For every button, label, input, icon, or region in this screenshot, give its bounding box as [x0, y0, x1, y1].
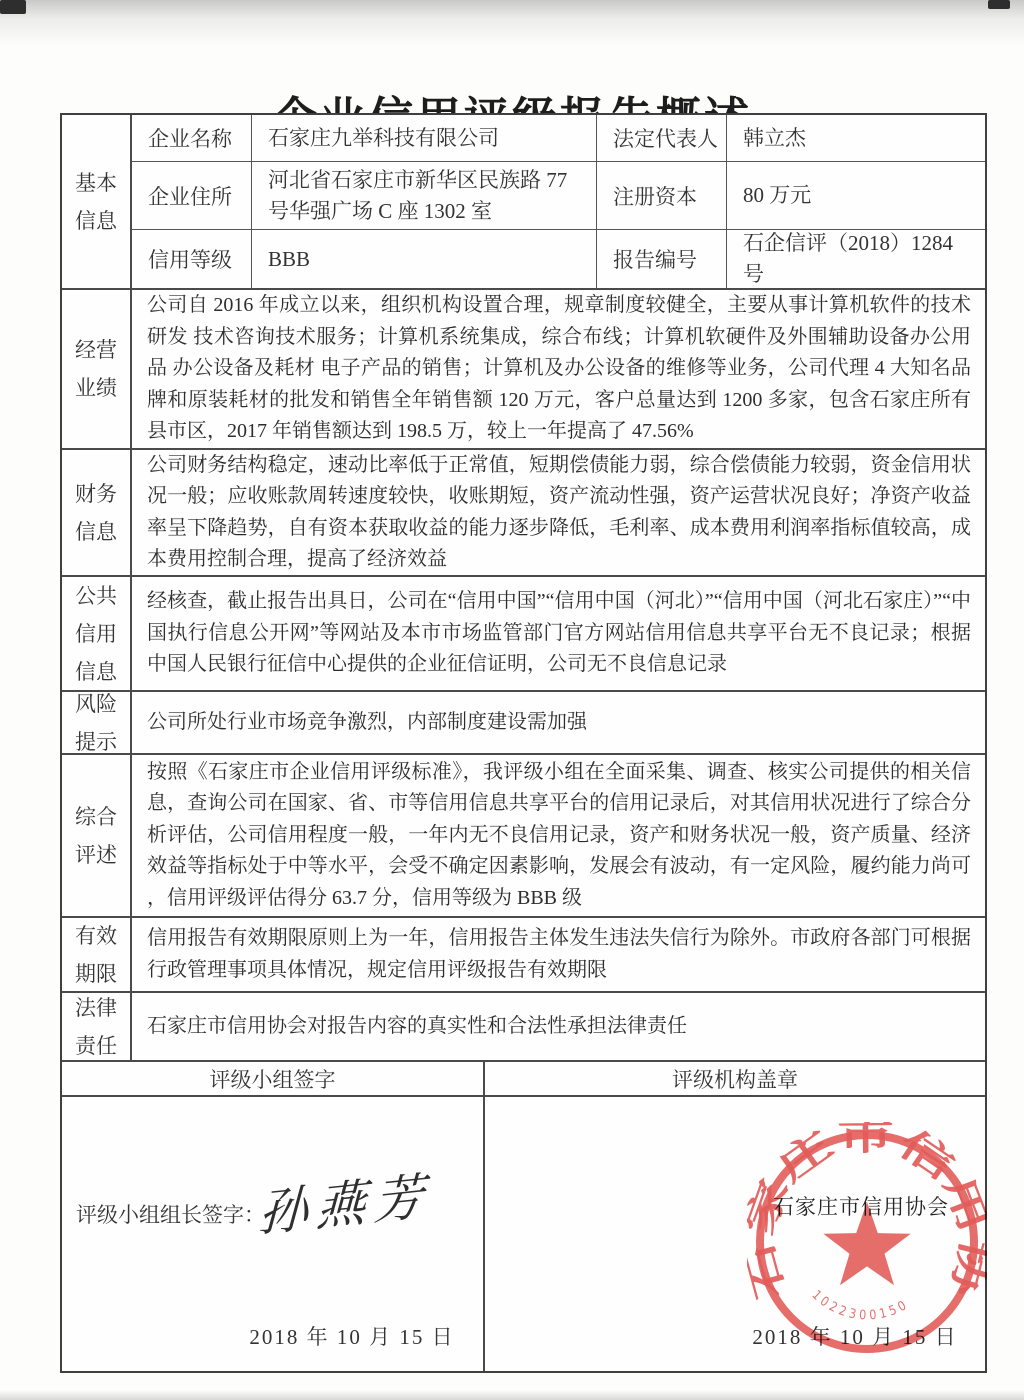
section-text-financial-info: 公司财务结构稳定，速动比率低于正常值，短期偿债能力弱，综合偿债能力较弱，资金信用…	[132, 450, 985, 575]
scan-artifact-top-right	[988, 0, 1010, 9]
field-label-company-address: 企业住所	[132, 162, 252, 229]
section-text-risk-warning: 公司所处行业市场竞争激烈，内部制度建设需加强	[132, 692, 985, 753]
section-text-legal-responsibility: 石家庄市信用协会对报告内容的真实性和合法性承担法律责任	[132, 993, 985, 1060]
section-row-public-credit-info: 公共信用信息 经核查，截止报告出具日，公司在“信用中国”“信用中国（河北）”“信…	[62, 577, 985, 692]
section-label-financial-info: 财务信息	[62, 450, 132, 575]
seal-cell: 石家庄市信用协会 2018 年 10 月 15 日 石家庄市信用协会 1 0 2…	[485, 1097, 985, 1371]
section-row-legal-responsibility: 法律责任 石家庄市信用协会对报告内容的真实性和合法性承担法律责任	[62, 993, 985, 1062]
field-value-credit-rating: BBB	[252, 230, 597, 288]
scanned-credit-report-page: { "title": "企业信用评级报告概述", "basic": { "sec…	[0, 0, 1024, 1400]
field-label-report-number: 报告编号	[597, 230, 727, 288]
section-label-public-credit-info: 公共信用信息	[62, 577, 132, 690]
section-text-business-performance: 公司自 2016 年成立以来，组织机构设置合理，规章制度较健全，主要从事计算机软…	[132, 290, 985, 448]
red-official-seal: 石家庄市信用协会 1 0 2 2 3 0 0 1 5 0	[747, 1122, 987, 1362]
field-label-registered-capital: 注册资本	[597, 162, 727, 229]
field-value-registered-capital: 80 万元	[727, 162, 985, 229]
basic-info-section: 基本信息 企业名称 石家庄九举科技有限公司 法定代表人 韩立杰 企业住所 河北省…	[62, 115, 985, 290]
scan-artifact-top-left	[0, 0, 26, 14]
footer-body-row: 评级小组组长签字： 孙燕芳 2018 年 10 月 15 日 石家庄市信用协会 …	[62, 1097, 985, 1371]
section-label-risk-warning: 风险提示	[62, 692, 132, 753]
field-value-company-name: 石家庄九举科技有限公司	[252, 115, 597, 161]
seal-number: 1 0 2 2 3 0 0 1 5 0	[809, 1288, 909, 1324]
field-value-report-number: 石企信评（2018）1284 号	[727, 230, 985, 288]
field-label-legal-representative: 法定代表人	[597, 115, 727, 161]
report-table: 基本信息 企业名称 石家庄九举科技有限公司 法定代表人 韩立杰 企业住所 河北省…	[60, 113, 987, 1373]
section-row-financial-info: 财务信息 公司财务结构稳定，速动比率低于正常值，短期偿债能力弱，综合偿债能力较弱…	[62, 450, 985, 577]
field-value-legal-representative: 韩立杰	[727, 115, 985, 161]
section-label-legal-responsibility: 法律责任	[62, 993, 132, 1060]
section-row-overall-review: 综合评述 按照《石家庄市企业信用评级标准》，我评级小组在全面采集、调查、核实公司…	[62, 755, 985, 918]
footer-header-signature: 评级小组签字	[62, 1062, 485, 1095]
scan-edge-shading-top	[0, 0, 1024, 46]
section-text-public-credit-info: 经核查，截止报告出具日，公司在“信用中国”“信用中国（河北）”“信用中国（河北石…	[132, 577, 985, 690]
field-label-credit-rating: 信用等级	[132, 230, 252, 288]
seal-star-icon	[823, 1202, 910, 1285]
section-label-validity-period: 有效期限	[62, 918, 132, 991]
section-row-risk-warning: 风险提示 公司所处行业市场竞争激烈，内部制度建设需加强	[62, 692, 985, 755]
table-row: 企业住所 河北省石家庄市新华区民族路 77 号华强广场 C 座 1302 室 注…	[132, 162, 985, 230]
handwritten-signature: 孙燕芳	[257, 1156, 433, 1247]
section-row-validity-period: 有效期限 信用报告有效期限原则上为一年，信用报告主体发生违法失信行为除外。市政府…	[62, 918, 985, 993]
signature-cell: 评级小组组长签字： 孙燕芳 2018 年 10 月 15 日	[62, 1097, 485, 1371]
footer-header-row: 评级小组签字 评级机构盖章	[62, 1062, 985, 1097]
section-text-validity-period: 信用报告有效期限原则上为一年，信用报告主体发生违法失信行为除外。市政府各部门可根…	[132, 918, 985, 991]
section-text-overall-review: 按照《石家庄市企业信用评级标准》，我评级小组在全面采集、调查、核实公司提供的相关…	[132, 755, 985, 916]
basic-info-rows: 企业名称 石家庄九举科技有限公司 法定代表人 韩立杰 企业住所 河北省石家庄市新…	[132, 115, 985, 288]
section-row-business-performance: 经营业绩 公司自 2016 年成立以来，组织机构设置合理，规章制度较健全，主要从…	[62, 290, 985, 450]
scan-edge-shading-bottom	[0, 1390, 1024, 1400]
field-label-company-name: 企业名称	[132, 115, 252, 161]
section-label-business-performance: 经营业绩	[62, 290, 132, 448]
field-value-company-address: 河北省石家庄市新华区民族路 77 号华强广场 C 座 1302 室	[252, 162, 597, 229]
footer-header-seal: 评级机构盖章	[485, 1062, 985, 1095]
table-row: 信用等级 BBB 报告编号 石企信评（2018）1284 号	[132, 230, 985, 288]
signature-label: 评级小组组长签字：	[76, 1199, 265, 1229]
table-row: 企业名称 石家庄九举科技有限公司 法定代表人 韩立杰	[132, 115, 985, 162]
section-label-overall-review: 综合评述	[62, 755, 132, 916]
section-label-basic-info: 基本信息	[62, 115, 132, 288]
